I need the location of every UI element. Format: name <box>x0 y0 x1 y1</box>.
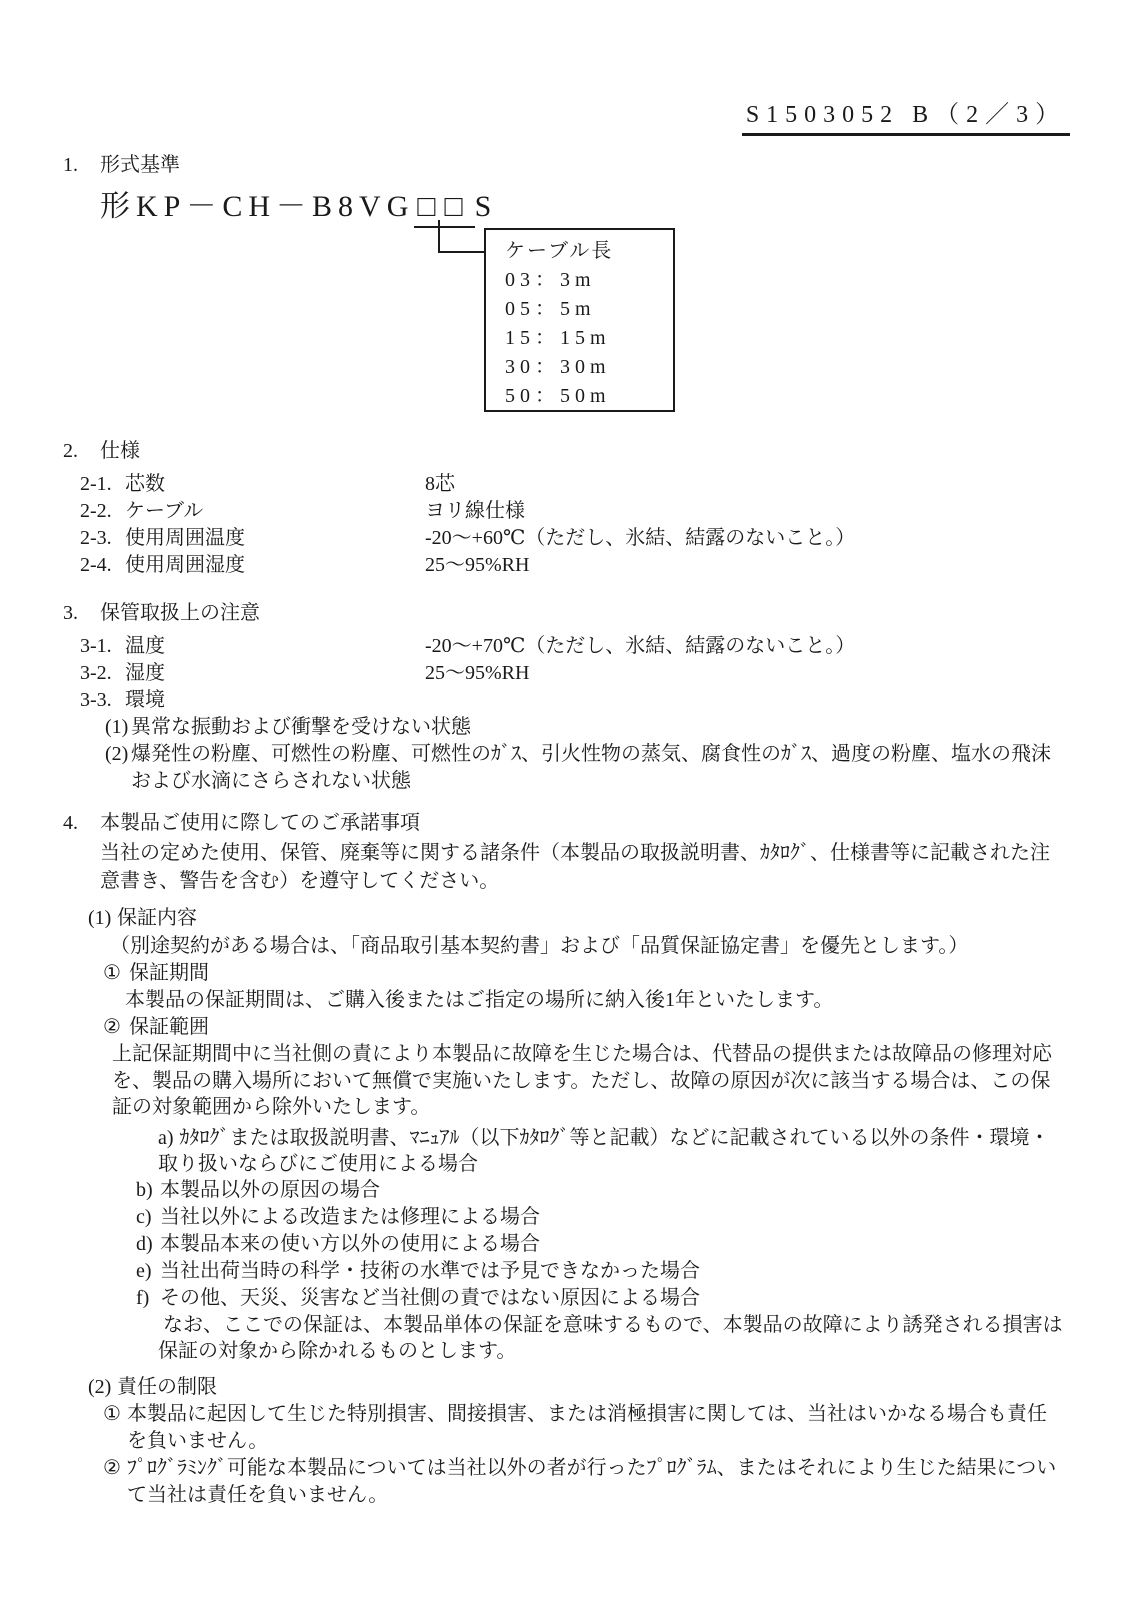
section-storage-precautions: 3. 保管取扱上の注意 3-1. 温度 -20～+70℃（ただし、氷結、結露のな… <box>0 600 1132 795</box>
spec-row: 2-4. 使用周囲湿度 25～95%RH <box>80 552 1132 579</box>
section-terms-of-use: 4. 本製品ご使用に際してのご承諾事項 当社の定めた使用、保管、廃棄等に関する諸… <box>0 810 1132 1509</box>
liability-item: ② ﾌﾟﾛｸﾞﾗﾐﾝｸﾞ可能な本製品については当社以外の者が行ったﾌﾟﾛｸﾞﾗﾑ… <box>103 1455 1132 1509</box>
list-item-number: (1) <box>88 904 117 932</box>
circled-number: ① <box>103 1401 127 1455</box>
list-item-number: a) <box>158 1127 174 1149</box>
spec-row: 3-1. 温度 -20～+70℃（ただし、氷結、結露のないこと。） <box>80 633 1132 660</box>
cable-length-box: ケーブル長 03：3m 05：5m 15：15m 30：30m 50：50m <box>484 228 675 412</box>
list-item-number: e) <box>136 1258 160 1285</box>
cable-length-item: 05：5m <box>505 295 673 324</box>
list-item-text: 本製品本来の使い方以外の使用による場合 <box>160 1231 540 1258</box>
spec-row-label: 芯数 <box>125 471 425 498</box>
spec-row-label: 温度 <box>125 633 425 660</box>
section-2-heading: 2. 仕様 <box>63 438 1132 465</box>
cable-length-item: 15：15m <box>505 324 673 353</box>
list-item-text: 本製品以外の原因の場合 <box>160 1177 380 1204</box>
warranty-period-heading: ① 保証期間 <box>103 960 1132 987</box>
warranty-exclusion-item: b) 本製品以外の原因の場合 <box>136 1177 1132 1204</box>
section-1-heading: 1. 形式基準 <box>63 152 180 179</box>
warranty-exclusion-item: e) 当社出荷当時の科学・技術の水準では予見できなかった場合 <box>136 1258 1132 1285</box>
model-placeholder-boxes: □□ <box>414 190 474 228</box>
spec-row-value: ヨリ線仕様 <box>425 498 525 525</box>
section-number: 1. <box>63 152 100 179</box>
liability-item: ① 本製品に起因して生じた特別損害、間接損害、または消極損害に関しては、当社はい… <box>103 1401 1132 1455</box>
warranty-priority-note: （別途契約がある場合は、「商品取引基本契約書」および「品質保証協定書」を優先とし… <box>110 932 1132 960</box>
cable-length-item: 03：3m <box>505 266 673 295</box>
warranty-exclusion-item: f) その他、天災、災害など当社側の責ではない原因による場合 <box>136 1285 1132 1312</box>
list-item-number: c) <box>136 1204 160 1231</box>
circled-number: ① <box>103 960 129 987</box>
warranty-scope-body: 上記保証期間中に当社側の責により本製品に故障を生じた場合は、代替品の提供または故… <box>112 1041 1069 1121</box>
list-item-number: f) <box>136 1285 160 1312</box>
list-item-number: (2) <box>88 1373 117 1401</box>
section-4-heading: 4. 本製品ご使用に際してのご承諾事項 <box>63 810 1132 837</box>
list-item-text: ﾌﾟﾛｸﾞﾗﾐﾝｸﾞ可能な本製品については当社以外の者が行ったﾌﾟﾛｸﾞﾗﾑ、ま… <box>127 1455 1059 1509</box>
spec-row-number: 2-3. <box>80 525 125 552</box>
warranty-exclusion-item: c) 当社以外による改造または修理による場合 <box>136 1204 1132 1231</box>
section-title: 本製品ご使用に際してのご承諾事項 <box>100 810 420 837</box>
cable-length-item: 50：50m <box>505 382 673 411</box>
section-3-heading: 3. 保管取扱上の注意 <box>63 600 1132 627</box>
warranty-scope-heading: ② 保証範囲 <box>103 1014 1132 1041</box>
warranty-content-heading: (1) 保証内容 <box>88 904 1132 932</box>
warranty-exclusion-item: d) 本製品本来の使い方以外の使用による場合 <box>136 1231 1132 1258</box>
section-number: 3. <box>63 600 100 627</box>
model-number: 形KP－CH－B8VG□□S <box>100 181 497 225</box>
spec-row-number: 3-2. <box>80 660 125 687</box>
environment-condition: (1) 異常な振動および衝撃を受けない状態 <box>105 714 1132 741</box>
spec-row-number: 2-2. <box>80 498 125 525</box>
heading-text: 責任の制限 <box>117 1373 217 1401</box>
spec-row-label: 使用周囲温度 <box>125 525 425 552</box>
spec-row: 2-2. ケーブル ヨリ線仕様 <box>80 498 1132 525</box>
spec-row-label: 環境 <box>125 687 425 714</box>
document-page: S1503052 B（2／3） 1. 形式基準 形KP－CH－B8VG□□S ケ… <box>0 0 1132 1600</box>
model-suffix: S <box>475 190 498 223</box>
section-title: 保管取扱上の注意 <box>100 600 260 627</box>
heading-text: 保証期間 <box>129 960 209 987</box>
circled-number: ② <box>103 1455 127 1509</box>
list-item-text: 当社以外による改造または修理による場合 <box>160 1204 540 1231</box>
spec-row-number: 3-3. <box>80 687 125 714</box>
cable-box-title: ケーブル長 <box>505 236 673 266</box>
list-item-number: (2) <box>105 741 131 795</box>
spec-row-number: 2-1. <box>80 471 125 498</box>
section-title: 仕様 <box>100 438 140 465</box>
list-item-text: 異常な振動および衝撃を受けない状態 <box>131 714 1063 741</box>
list-item-text: ｶﾀﾛｸﾞまたは取扱説明書、ﾏﾆｭｱﾙ（以下ｶﾀﾛｸﾞ等と記載）などに記載されて… <box>158 1127 1050 1175</box>
cable-length-item: 30：30m <box>505 353 673 382</box>
warranty-period-body: 本製品の保証期間は、ご購入後またはご指定の場所に納入後1年といたします。 <box>125 987 1132 1014</box>
connector-line-vertical <box>438 220 440 253</box>
list-item-text: 当社出荷当時の科学・技術の水準では予見できなかった場合 <box>160 1258 700 1285</box>
liability-limit-heading: (2) 責任の制限 <box>88 1373 1132 1401</box>
spec-row-value: -20～+70℃（ただし、氷結、結露のないこと。） <box>425 633 855 660</box>
heading-text: 保証内容 <box>117 904 197 932</box>
spec-row-label: 使用周囲湿度 <box>125 552 425 579</box>
list-item-number: b) <box>136 1177 160 1204</box>
section-number: 2. <box>63 438 100 465</box>
list-item-number: (1) <box>105 714 131 741</box>
spec-row-value: 25～95%RH <box>425 552 529 579</box>
section-specifications: 2. 仕様 2-1. 芯数 8芯 2-2. ケーブル ヨリ線仕様 2-3. 使用… <box>0 438 1132 579</box>
spec-row-value: 25～95%RH <box>425 660 529 687</box>
circled-number: ② <box>103 1014 129 1041</box>
spec-row-number: 3-1. <box>80 633 125 660</box>
warranty-scope-note: なお、ここでの保証は、本製品単体の保証を意味するもので、本製品の故障により誘発さ… <box>158 1312 1070 1365</box>
list-item-text: 爆発性の粉塵、可燃性の粉塵、可燃性のｶﾞｽ、引火性物の蒸気、腐食性のｶﾞｽ、過度… <box>131 741 1063 795</box>
spec-row: 2-3. 使用周囲温度 -20～+60℃（ただし、氷結、結露のないこと。） <box>80 525 1132 552</box>
section-number: 4. <box>63 810 100 837</box>
list-item-number: d) <box>136 1231 160 1258</box>
spec-row-value: 8芯 <box>425 471 455 498</box>
section-title: 形式基準 <box>100 152 180 179</box>
environment-condition: (2) 爆発性の粉塵、可燃性の粉塵、可燃性のｶﾞｽ、引火性物の蒸気、腐食性のｶﾞ… <box>105 741 1132 795</box>
warranty-exclusion-item: a)ｶﾀﾛｸﾞまたは取扱説明書、ﾏﾆｭｱﾙ（以下ｶﾀﾛｸﾞ等と記載）などに記載さ… <box>158 1125 1066 1177</box>
spec-row-label: ケーブル <box>125 498 425 525</box>
spec-row-number: 2-4. <box>80 552 125 579</box>
spec-row: 3-3. 環境 <box>80 687 1132 714</box>
list-item-text: 本製品に起因して生じた特別損害、間接損害、または消極損害に関しては、当社はいかな… <box>127 1401 1059 1455</box>
list-item-text: その他、天災、災害など当社側の責ではない原因による場合 <box>160 1285 700 1312</box>
spec-row-label: 湿度 <box>125 660 425 687</box>
doc-number: S1503052 B（2／3） <box>742 94 1070 136</box>
spec-row: 2-1. 芯数 8芯 <box>80 471 1132 498</box>
heading-text: 保証範囲 <box>129 1014 209 1041</box>
connector-line-horizontal <box>438 251 486 253</box>
terms-intro-paragraph: 当社の定めた使用、保管、廃棄等に関する諸条件（本製品の取扱説明書、ｶﾀﾛｸﾞ、仕… <box>100 839 1052 895</box>
spec-row: 3-2. 湿度 25～95%RH <box>80 660 1132 687</box>
spec-row-value: -20～+60℃（ただし、氷結、結露のないこと。） <box>425 525 855 552</box>
model-prefix: 形KP－CH－B8VG <box>100 190 414 223</box>
